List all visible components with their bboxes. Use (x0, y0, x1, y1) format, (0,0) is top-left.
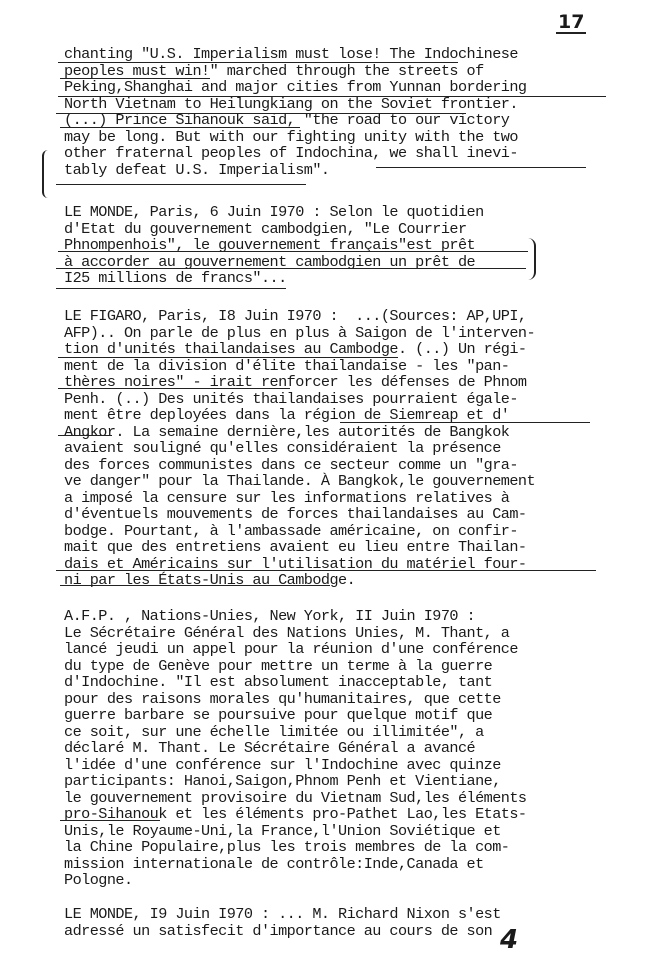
article-le-monde-19-juin: LE MONDE, I9 Juin I970 : ... M. Richard … (64, 906, 624, 939)
handwritten-underline (60, 820, 160, 821)
text-line: other fraternal peoples of Indochina, we… (64, 145, 624, 162)
text-line: avaient souligné qu'elles considéraient … (64, 440, 624, 457)
text-line: A.F.P. , Nations-Unies, New York, II Jui… (64, 608, 624, 625)
text-line: may be long. But with our fighting unity… (64, 129, 624, 146)
text-line: ce soit, sur une échelle limitée ou illi… (64, 724, 624, 741)
margin-bracket-left (42, 150, 48, 198)
text-line: mait que des entretiens avaient eu lieu … (64, 539, 624, 556)
handwritten-underline (60, 78, 210, 79)
handwritten-underline (376, 167, 586, 168)
footer-mark: 4 (500, 925, 518, 955)
article-afp-11-juin: A.F.P. , Nations-Unies, New York, II Jui… (64, 608, 624, 889)
text-line: Pologne. (64, 872, 624, 889)
handwritten-underline (56, 288, 286, 289)
text-line: Unis,le Royaume-Uni,la France,l'Union So… (64, 823, 624, 840)
text-line: bodge. Pourtant, à l'ambassade américain… (64, 523, 624, 540)
text-line: tably defeat U.S. Imperialism". (64, 162, 624, 179)
text-line: le gouvernement provisoire du Vietnam Su… (64, 790, 624, 807)
handwritten-underline (58, 251, 528, 252)
handwritten-underline (56, 268, 526, 269)
text-line: d'éventuels mouvements de forces thailan… (64, 506, 624, 523)
text-line: des forces communistes dans ce secteur c… (64, 457, 624, 474)
text-line: mission internationale de contrôle:Inde,… (64, 856, 624, 873)
text-line: North Vietnam to Heilungkiang on the Sov… (64, 96, 624, 113)
text-line: LE MONDE, I9 Juin I970 : ... M. Richard … (64, 906, 624, 923)
text-line: ment de la division d'élite thailandaise… (64, 358, 624, 375)
margin-bracket-right (528, 238, 536, 280)
handwritten-underline (58, 96, 606, 97)
handwritten-underline (340, 422, 590, 423)
text-line: guerre barbare se poursuive pour quelque… (64, 707, 624, 724)
text-line: a imposé la censure sur les informations… (64, 490, 624, 507)
text-line: chanting "U.S. Imperialism must lose! Th… (64, 46, 624, 63)
text-line: Peking,Shanghai and major cities from Yu… (64, 79, 624, 96)
handwritten-underline (60, 585, 330, 586)
text-line: déclaré M. Thant. Le Sécrétaire Général … (64, 740, 624, 757)
text-line: la Chine Populaire,plus les trois membre… (64, 839, 624, 856)
text-line: lancé jeudi un appel pour la réunion d'u… (64, 641, 624, 658)
text-line: ve danger" pour la Thailande. À Bangkok,… (64, 473, 624, 490)
text-line: adressé un satisfecit d'importance au co… (64, 923, 624, 940)
handwritten-underline (56, 184, 306, 185)
text-line: AFP).. On parle de plus en plus à Saigon… (64, 325, 624, 342)
text-line: peoples must win!" marched through the s… (64, 63, 624, 80)
page-number: 17 (556, 12, 586, 34)
text-line: I25 millions de francs"... (64, 270, 624, 287)
text-line: Angkor. La semaine dernière,les autorité… (64, 424, 624, 441)
text-line: d'Indochine. "Il est absolument inaccept… (64, 674, 624, 691)
handwritten-underline (60, 127, 300, 128)
article-le-monde-6-juin: LE MONDE, Paris, 6 Juin I970 : Selon le … (64, 204, 624, 287)
handwritten-underline (58, 62, 458, 63)
article-le-figaro-18-juin: LE FIGARO, Paris, I8 Juin I970 : ...(Sou… (64, 308, 624, 589)
handwritten-underline (58, 435, 112, 436)
text-line: l'idée d'une conférence sur l'Indochine … (64, 757, 624, 774)
text-line: d'Etat du gouvernement cambodgien, "Le C… (64, 221, 624, 238)
text-line: tion d'unités thailandaises au Cambodge.… (64, 341, 624, 358)
text-line: participants: Hanoi,Saigon,Phnom Penh et… (64, 773, 624, 790)
handwritten-underline (58, 357, 398, 358)
text-line: pour des raisons morales qu'humanitaires… (64, 691, 624, 708)
handwritten-underline (56, 570, 596, 571)
handwritten-underline (56, 113, 466, 114)
text-line: du type de Genève pour mettre un terme à… (64, 658, 624, 675)
handwritten-underline (58, 388, 290, 389)
text-line: Penh. (..) Des unités thailandaises pour… (64, 391, 624, 408)
text-line: LE FIGARO, Paris, I8 Juin I970 : ...(Sou… (64, 308, 624, 325)
text-line: Le Sécrétaire Général des Nations Unies,… (64, 625, 624, 642)
text-line: ni par les États-Unis au Cambodge. (64, 572, 624, 589)
text-line: LE MONDE, Paris, 6 Juin I970 : Selon le … (64, 204, 624, 221)
article-continuation: chanting "U.S. Imperialism must lose! Th… (64, 46, 624, 178)
